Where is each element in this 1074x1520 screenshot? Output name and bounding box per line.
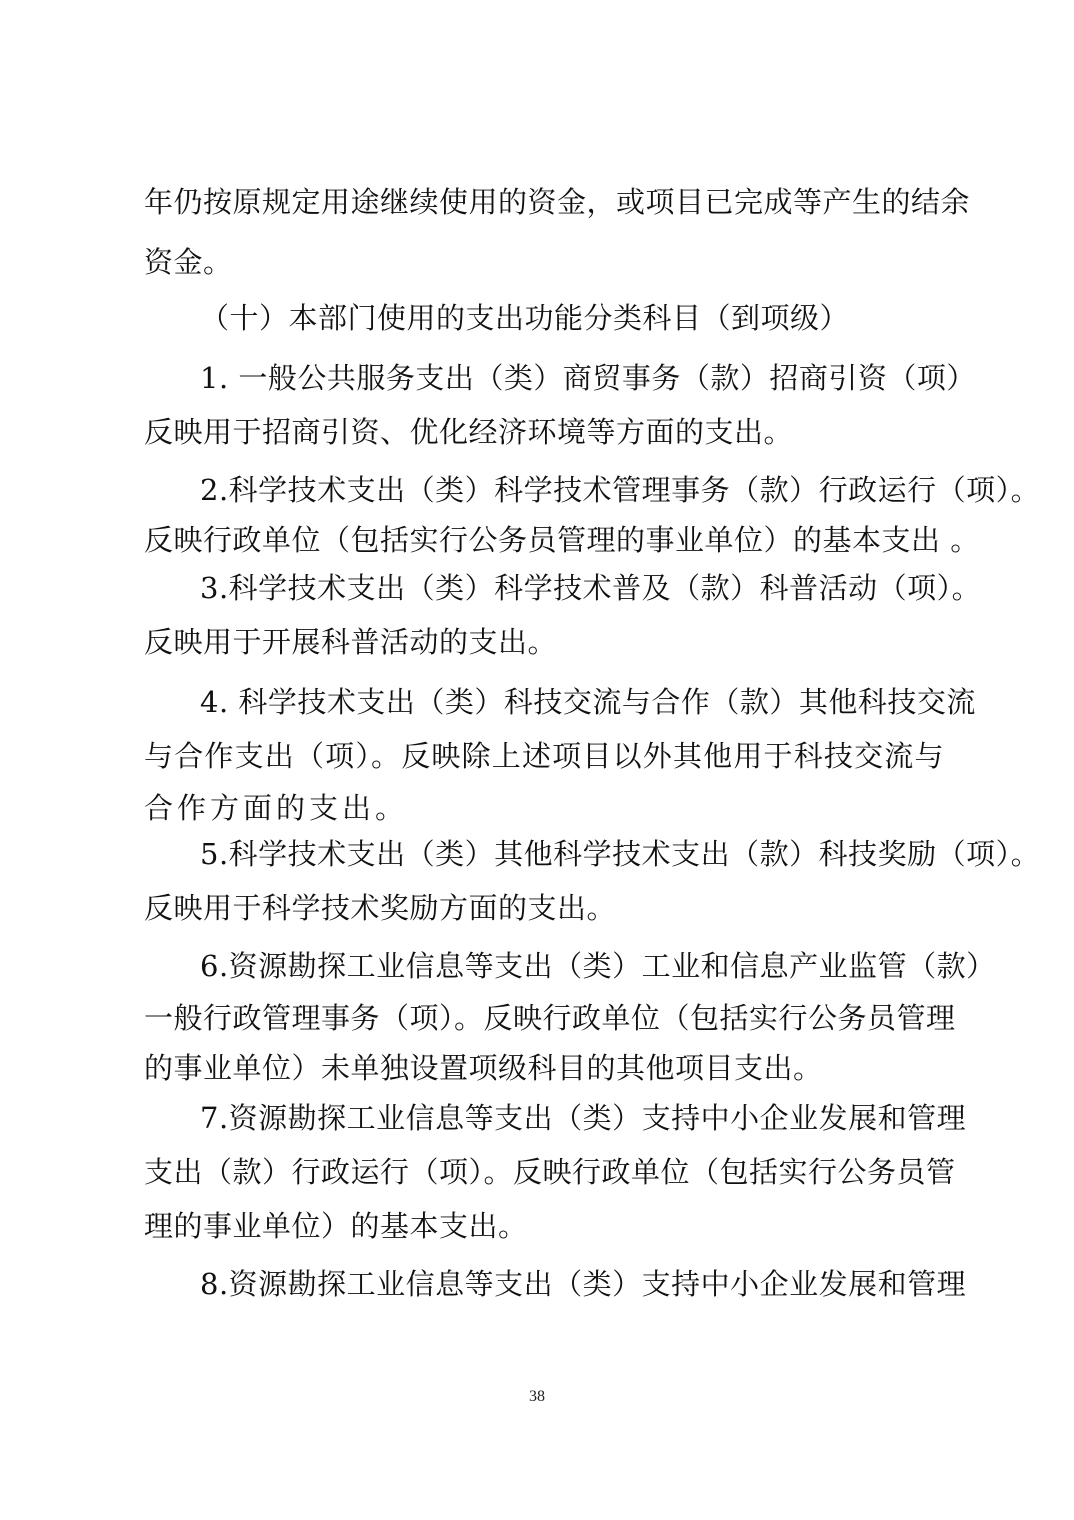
list-item-4-line: 4. 科学技术支出（类）科技交流与合作（款）其他科技交流 (200, 682, 944, 722)
list-item-6-line: 一般行政管理事务（项）。反映行政单位（包括实行公务员管理 (144, 998, 944, 1038)
list-item-7-line: 理的事业单位）的基本支出。 (144, 1206, 944, 1246)
list-item-3-line: 反映用于开展科普活动的支出。 (144, 622, 944, 662)
list-item-5-line: 5.科学技术支出（类）其他科学技术支出（款）科技奖励（项）。 (200, 834, 944, 874)
list-item-8-line: 8.资源勘探工业信息等支出（类）支持中小企业发展和管理 (200, 1264, 944, 1304)
page-number: 38 (0, 1388, 1074, 1406)
section-heading: （十）本部门使用的支出功能分类科目（到项级） (200, 298, 944, 338)
list-item-1-line: 1. 一般公共服务支出（类）商贸事务（款）招商引资（项） (200, 358, 944, 398)
list-item-4-line: 与合作支出（项）。反映除上述项目以外其他用于科技交流与 (144, 736, 944, 776)
list-item-1-line: 反映用于招商引资、优化经济环境等方面的支出。 (144, 412, 944, 452)
document-page: 年仍按原规定用途继续使用的资金，或项目已完成等产生的结余 资金。 （十）本部门使… (0, 0, 1074, 1520)
list-item-7-line: 支出（款）行政运行（项）。反映行政单位（包括实行公务员管 (144, 1152, 944, 1192)
list-item-7-line: 7.资源勘探工业信息等支出（类）支持中小企业发展和管理 (200, 1098, 944, 1138)
paragraph-line: 资金。 (144, 242, 944, 282)
paragraph-line: 年仍按原规定用途继续使用的资金，或项目已完成等产生的结余 (144, 182, 944, 222)
list-item-4-line: 合作方面的支出。 (144, 788, 944, 828)
list-item-6-line: 6.资源勘探工业信息等支出（类）工业和信息产业监管（款） (200, 946, 944, 986)
list-item-5-line: 反映用于科学技术奖励方面的支出。 (144, 888, 944, 928)
list-item-2-line: 2.科学技术支出（类）科学技术管理事务（款）行政运行（项）。 (200, 470, 944, 510)
list-item-3-line: 3.科学技术支出（类）科学技术普及（款）科普活动（项）。 (200, 568, 944, 608)
list-item-2-line: 反映行政单位（包括实行公务员管理的事业单位）的基本支出 。 (144, 520, 944, 560)
list-item-6-line: 的事业单位）未单独设置项级科目的其他项目支出。 (144, 1048, 944, 1088)
